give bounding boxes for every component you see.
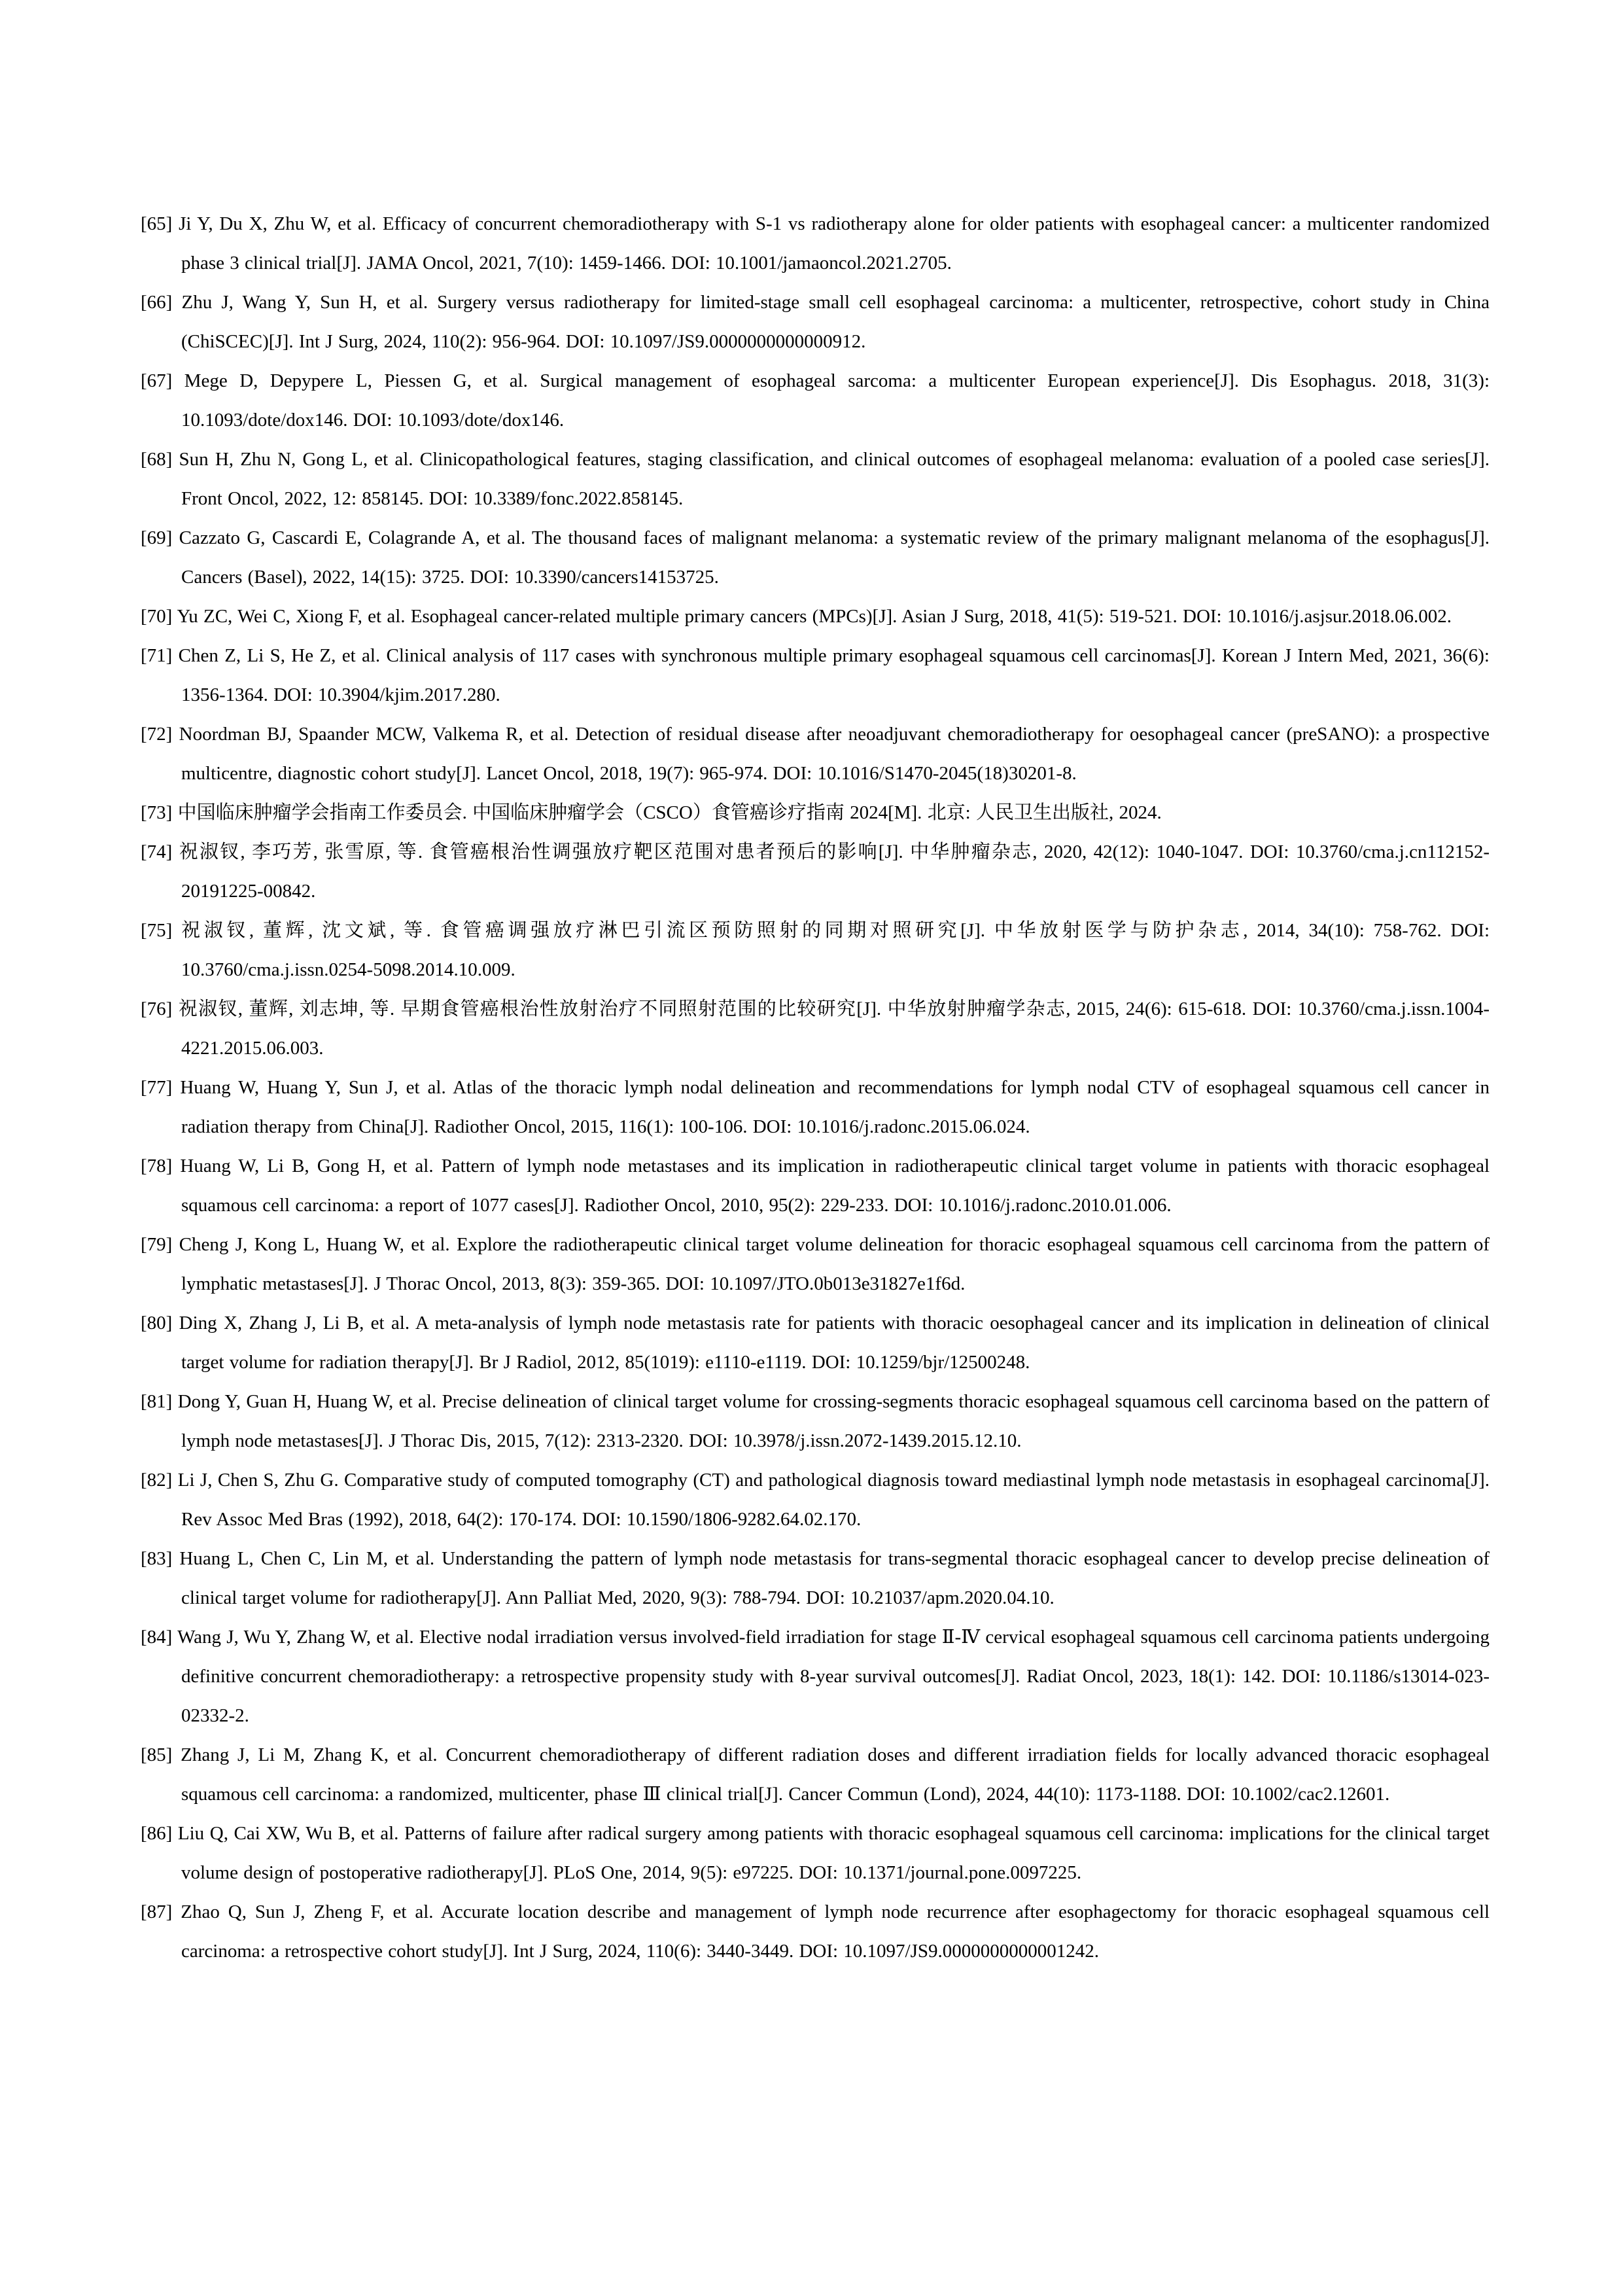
reference-text: Zhang J, Li M, Zhang K, et al. Concurren…: [181, 1744, 1490, 1805]
reference-entry: [80] Ding X, Zhang J, Li B, et al. A met…: [141, 1303, 1490, 1382]
reference-number: [69]: [141, 527, 172, 548]
reference-text: Yu ZC, Wei C, Xiong F, et al. Esophageal…: [177, 606, 1452, 627]
document-page: [65] Ji Y, Du X, Zhu W, et al. Efficacy …: [0, 0, 1623, 2296]
reference-number: [76]: [141, 998, 172, 1019]
reference-entry: [67] Mege D, Depypere L, Piessen G, et a…: [141, 361, 1490, 440]
reference-entry: [73] 中国临床肿瘤学会指南工作委员会. 中国临床肿瘤学会（CSCO）食管癌诊…: [141, 793, 1490, 832]
reference-text: Ji Y, Du X, Zhu W, et al. Efficacy of co…: [179, 213, 1490, 274]
reference-number: [85]: [141, 1744, 172, 1765]
reference-entry: [79] Cheng J, Kong L, Huang W, et al. Ex…: [141, 1225, 1490, 1303]
reference-text: Li J, Chen S, Zhu G. Comparative study o…: [178, 1470, 1490, 1530]
reference-text: Zhu J, Wang Y, Sun H, et al. Surgery ver…: [181, 292, 1490, 352]
reference-number: [82]: [141, 1470, 172, 1491]
reference-entry: [81] Dong Y, Guan H, Huang W, et al. Pre…: [141, 1382, 1490, 1460]
reference-entry: [87] Zhao Q, Sun J, Zheng F, et al. Accu…: [141, 1892, 1490, 1971]
reference-text: Wang J, Wu Y, Zhang W, et al. Elective n…: [177, 1627, 1490, 1726]
reference-text: Huang W, Huang Y, Sun J, et al. Atlas of…: [180, 1077, 1490, 1137]
reference-text: Chen Z, Li S, He Z, et al. Clinical anal…: [179, 645, 1490, 705]
reference-entry: [82] Li J, Chen S, Zhu G. Comparative st…: [141, 1460, 1490, 1539]
reference-text: Huang L, Chen C, Lin M, et al. Understan…: [179, 1548, 1490, 1608]
reference-number: [77]: [141, 1077, 172, 1098]
reference-entry: [69] Cazzato G, Cascardi E, Colagrande A…: [141, 518, 1490, 597]
reference-text: 中国临床肿瘤学会指南工作委员会. 中国临床肿瘤学会（CSCO）食管癌诊疗指南 2…: [178, 802, 1162, 823]
reference-number: [72]: [141, 724, 172, 745]
reference-number: [74]: [141, 841, 172, 862]
reference-text: Sun H, Zhu N, Gong L, et al. Clinicopath…: [179, 449, 1490, 509]
reference-text: Dong Y, Guan H, Huang W, et al. Precise …: [178, 1391, 1490, 1451]
reference-entry: [85] Zhang J, Li M, Zhang K, et al. Conc…: [141, 1735, 1490, 1814]
reference-number: [79]: [141, 1234, 172, 1255]
reference-text: Liu Q, Cai XW, Wu B, et al. Patterns of …: [178, 1823, 1490, 1883]
reference-number: [70]: [141, 606, 172, 627]
reference-number: [65]: [141, 213, 172, 234]
reference-number: [67]: [141, 370, 172, 391]
reference-list: [65] Ji Y, Du X, Zhu W, et al. Efficacy …: [141, 204, 1490, 1971]
reference-text: Zhao Q, Sun J, Zheng F, et al. Accurate …: [181, 1901, 1490, 1962]
reference-entry: [70] Yu ZC, Wei C, Xiong F, et al. Esoph…: [141, 597, 1490, 636]
reference-number: [68]: [141, 449, 172, 470]
reference-entry: [84] Wang J, Wu Y, Zhang W, et al. Elect…: [141, 1617, 1490, 1735]
reference-text: Noordman BJ, Spaander MCW, Valkema R, et…: [179, 724, 1490, 784]
reference-number: [83]: [141, 1548, 172, 1569]
reference-entry: [74] 祝淑钗, 李巧芳, 张雪原, 等. 食管癌根治性调强放疗靶区范围对患者…: [141, 832, 1490, 911]
reference-entry: [65] Ji Y, Du X, Zhu W, et al. Efficacy …: [141, 204, 1490, 283]
reference-entry: [71] Chen Z, Li S, He Z, et al. Clinical…: [141, 636, 1490, 715]
reference-text: Huang W, Li B, Gong H, et al. Pattern of…: [180, 1156, 1490, 1216]
reference-number: [78]: [141, 1156, 172, 1176]
reference-number: [71]: [141, 645, 172, 666]
reference-text: 祝淑钗, 董辉, 刘志坤, 等. 早期食管癌根治性放射治疗不同照射范围的比较研究…: [179, 998, 1490, 1059]
reference-entry: [66] Zhu J, Wang Y, Sun H, et al. Surger…: [141, 283, 1490, 361]
reference-number: [73]: [141, 802, 172, 823]
reference-entry: [72] Noordman BJ, Spaander MCW, Valkema …: [141, 715, 1490, 793]
reference-text: Ding X, Zhang J, Li B, et al. A meta-ana…: [179, 1313, 1490, 1373]
reference-number: [86]: [141, 1823, 172, 1844]
reference-text: Cazzato G, Cascardi E, Colagrande A, et …: [179, 527, 1490, 588]
reference-number: [75]: [141, 920, 172, 941]
reference-number: [80]: [141, 1313, 172, 1333]
reference-text: Mege D, Depypere L, Piessen G, et al. Su…: [181, 370, 1490, 431]
reference-text: Cheng J, Kong L, Huang W, et al. Explore…: [179, 1234, 1490, 1294]
reference-entry: [77] Huang W, Huang Y, Sun J, et al. Atl…: [141, 1068, 1490, 1146]
reference-number: [84]: [141, 1627, 172, 1648]
reference-text: 祝淑钗, 李巧芳, 张雪原, 等. 食管癌根治性调强放疗靶区范围对患者预后的影响…: [179, 841, 1490, 902]
reference-entry: [75] 祝淑钗, 董辉, 沈文斌, 等. 食管癌调强放疗淋巴引流区预防照射的同…: [141, 911, 1490, 989]
reference-number: [81]: [141, 1391, 172, 1412]
reference-entry: [78] Huang W, Li B, Gong H, et al. Patte…: [141, 1146, 1490, 1225]
reference-number: [66]: [141, 292, 172, 313]
reference-entry: [83] Huang L, Chen C, Lin M, et al. Unde…: [141, 1539, 1490, 1617]
reference-entry: [86] Liu Q, Cai XW, Wu B, et al. Pattern…: [141, 1814, 1490, 1892]
reference-text: 祝淑钗, 董辉, 沈文斌, 等. 食管癌调强放疗淋巴引流区预防照射的同期对照研究…: [181, 920, 1490, 980]
reference-entry: [76] 祝淑钗, 董辉, 刘志坤, 等. 早期食管癌根治性放射治疗不同照射范围…: [141, 989, 1490, 1068]
reference-entry: [68] Sun H, Zhu N, Gong L, et al. Clinic…: [141, 440, 1490, 518]
reference-number: [87]: [141, 1901, 172, 1922]
